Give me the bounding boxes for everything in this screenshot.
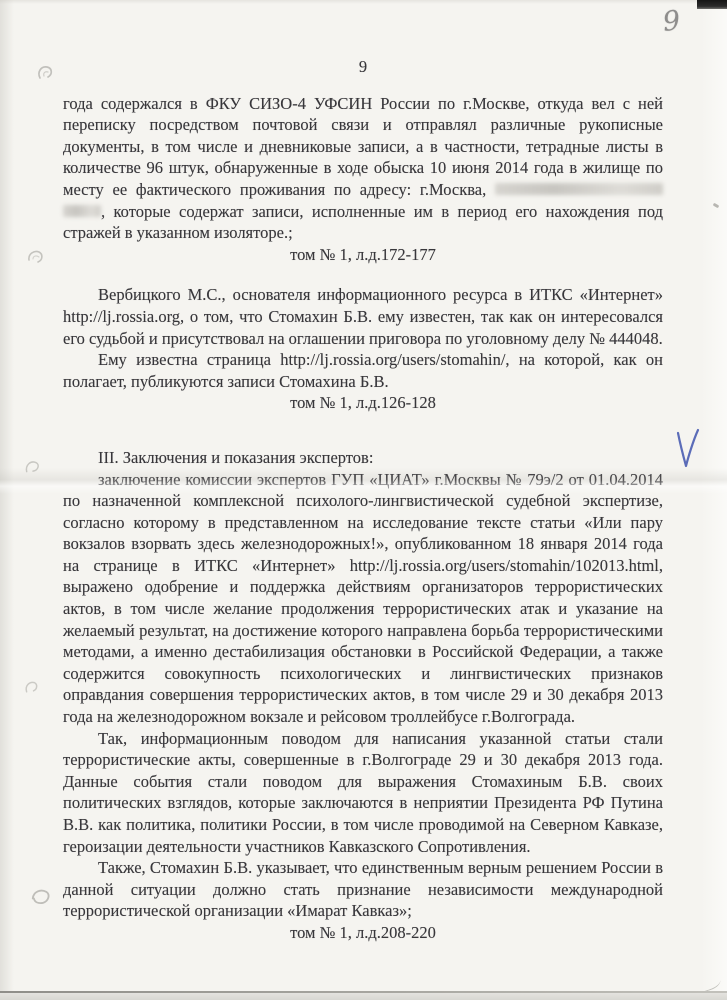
volume-citation: том № 1, л.д.172-177 [63,244,663,266]
body-paragraph: года содержался в ФКУ СИЗО-4 УФСИН Росси… [63,93,663,244]
body-paragraph: Вербицкого М.С., основателя информационн… [63,284,663,349]
typed-page-number: 9 [63,56,663,78]
scan-artifact [26,248,46,266]
body-paragraph: Так, информационным поводом для написани… [63,728,663,858]
scan-artifact [28,886,53,909]
scanned-page: 9 9 года содержался в ФКУ СИЗО-4 УФСИН Р… [0,0,727,1000]
redaction-blur [63,205,101,217]
section-heading: III. Заключения и показания экспертов: [63,447,663,469]
redaction-blur [495,183,663,195]
scan-artifact [36,64,56,82]
margin-checkmark-icon [674,428,700,472]
body-paragraph: заключение комиссии экспертов ГУП «ЦИАТ»… [63,469,663,728]
volume-citation: том № 1, л.д.126-128 [63,392,663,414]
scan-artifact [21,456,45,478]
body-paragraph: Ему известна страница http://lj.rossia.o… [63,349,663,392]
body-paragraph: Также, Стомахин Б.В. указывает, что един… [63,857,663,922]
page-bottom-edge [0,993,727,1000]
scanner-edge-strip [697,0,727,9]
handwritten-page-number: 9 [661,5,681,38]
paragraph-text: , которые содержат записи, исполненные и… [63,202,663,243]
document-text-column: 9 года содержался в ФКУ СИЗО-4 УФСИН Рос… [63,56,663,944]
scan-artifact [713,203,720,209]
scan-artifact [21,677,43,698]
volume-citation: том № 1, л.д.208-220 [63,922,663,944]
